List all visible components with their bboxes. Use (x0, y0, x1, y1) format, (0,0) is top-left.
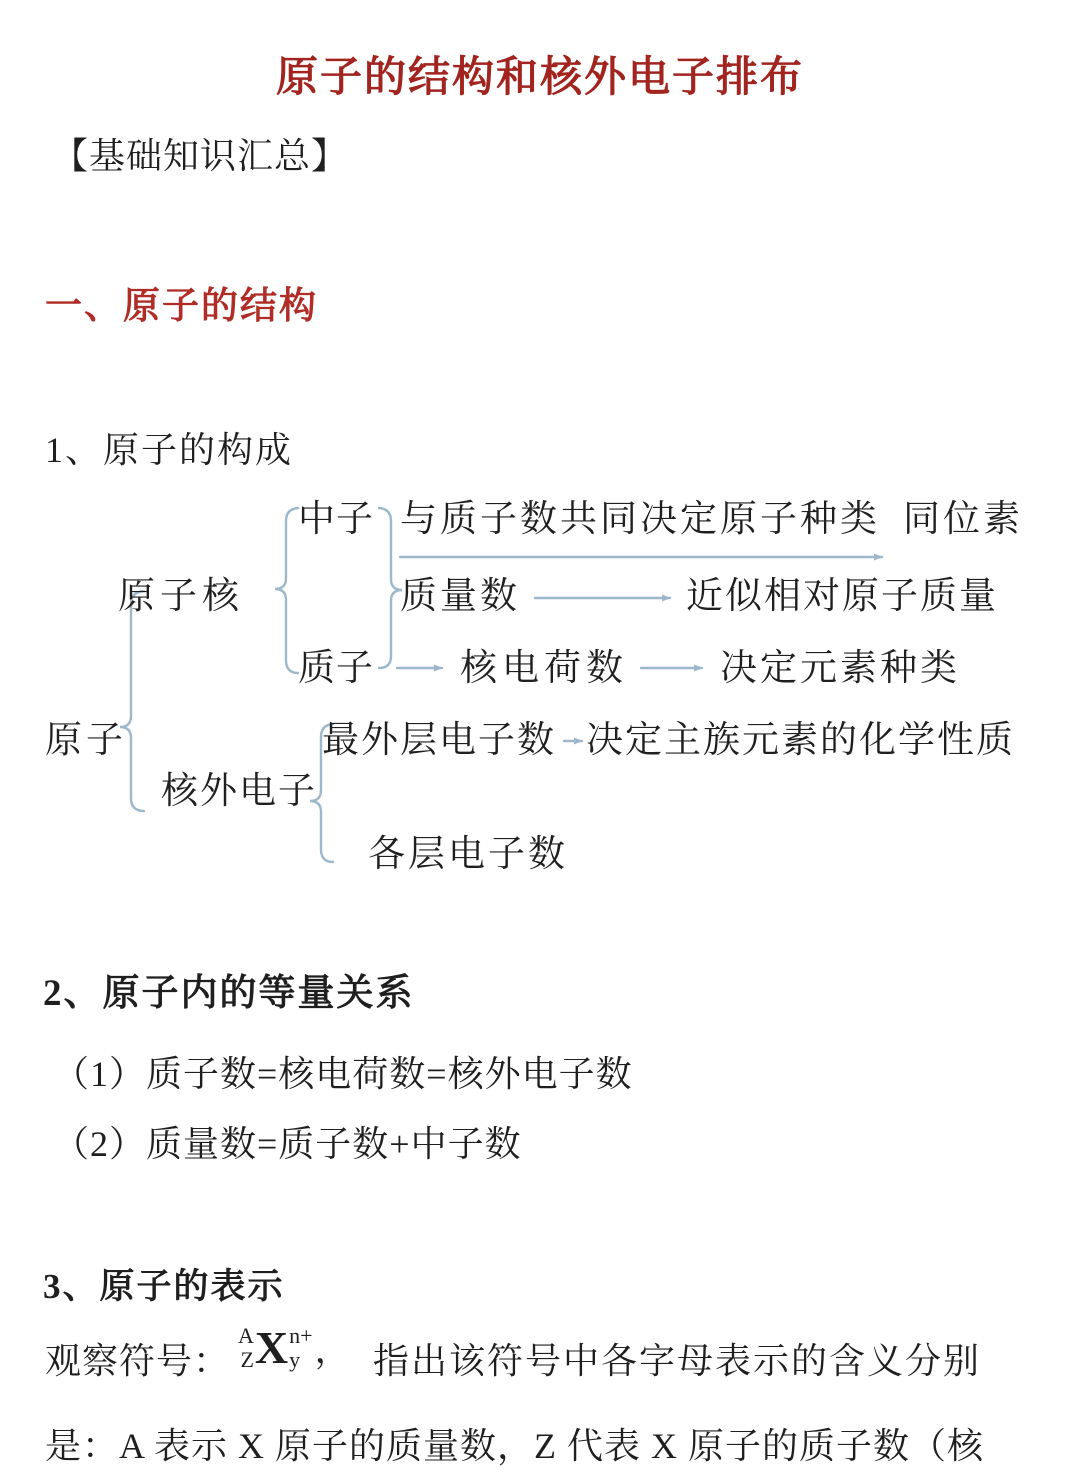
diagram-node-isotope: 同位素 (903, 501, 1023, 538)
document-page: 原子的结构和核外电子排布 【基础知识汇总】 一、原子的结构 1、原子的构成 (0, 0, 1080, 1473)
diagram-node-atom: 原子 (45, 722, 127, 759)
sub1-heading: 1、原子的构成 (45, 432, 293, 468)
nuclide-mass-number: A (238, 1324, 254, 1347)
diagram-node-nuclear-charge: 核电荷数 (460, 650, 628, 687)
diagram-node-extranuclear: 核外电子 (161, 773, 317, 810)
sub2-heading: 2、原子内的等量关系 (43, 975, 415, 1012)
nuclide-subscript-y: y (289, 1348, 300, 1371)
observe-prefix: 观察符号： (45, 1343, 230, 1379)
nuclide-comma: ， (315, 1322, 351, 1373)
nuclide-charge: n+ (289, 1324, 312, 1347)
nuclide-element-symbol: X (255, 1327, 288, 1368)
page-title: 原子的结构和核外电子排布 (0, 57, 1080, 99)
diagram-node-nucleus: 原子核 (118, 578, 244, 615)
diagram-node-shells: 各层电子数 (368, 836, 568, 873)
diagram-node-neutron: 中子 (298, 501, 374, 538)
relation-1: （1）质子数=核电荷数=核外电子数 (53, 1056, 633, 1092)
nuclide-right-scripts: n+ y (289, 1324, 312, 1370)
observe-suffix: 指出该符号中各字母表示的含义分别 (373, 1343, 981, 1379)
relation-2: （2）质量数=质子数+中子数 (53, 1126, 522, 1162)
diagram-node-mass-number: 质量数 (400, 578, 520, 615)
nuclide-symbol: A Z X n+ y ， (238, 1322, 351, 1373)
diagram-text-neutron-desc: 与质子数共同决定原子种类 (400, 501, 880, 538)
brace-nucleus (275, 508, 298, 673)
continuation-line: 是：A 表示 X 原子的质量数，Z 代表 X 原子的质子数（核 (45, 1428, 984, 1464)
section1-heading: 一、原子的结构 (45, 288, 318, 325)
nuclide-proton-number: Z (240, 1348, 253, 1371)
diagram-text-mass-desc: 近似相对原子质量 (686, 578, 998, 615)
diagram-text-outermost-desc: 决定主族元素的化学性质 (586, 722, 1015, 759)
diagram-node-outermost: 最外层电子数 (322, 722, 556, 759)
sub3-heading: 3、原子的表示 (43, 1269, 285, 1304)
brace-mass-number (379, 508, 402, 668)
brace-atom (120, 591, 144, 811)
diagram-node-proton: 质子 (298, 650, 374, 687)
subtitle-basics-summary: 【基础知识汇总】 (52, 138, 348, 174)
nuclide-left-scripts: A Z (238, 1324, 254, 1370)
diagram-text-charge-desc: 决定元素种类 (720, 650, 960, 687)
